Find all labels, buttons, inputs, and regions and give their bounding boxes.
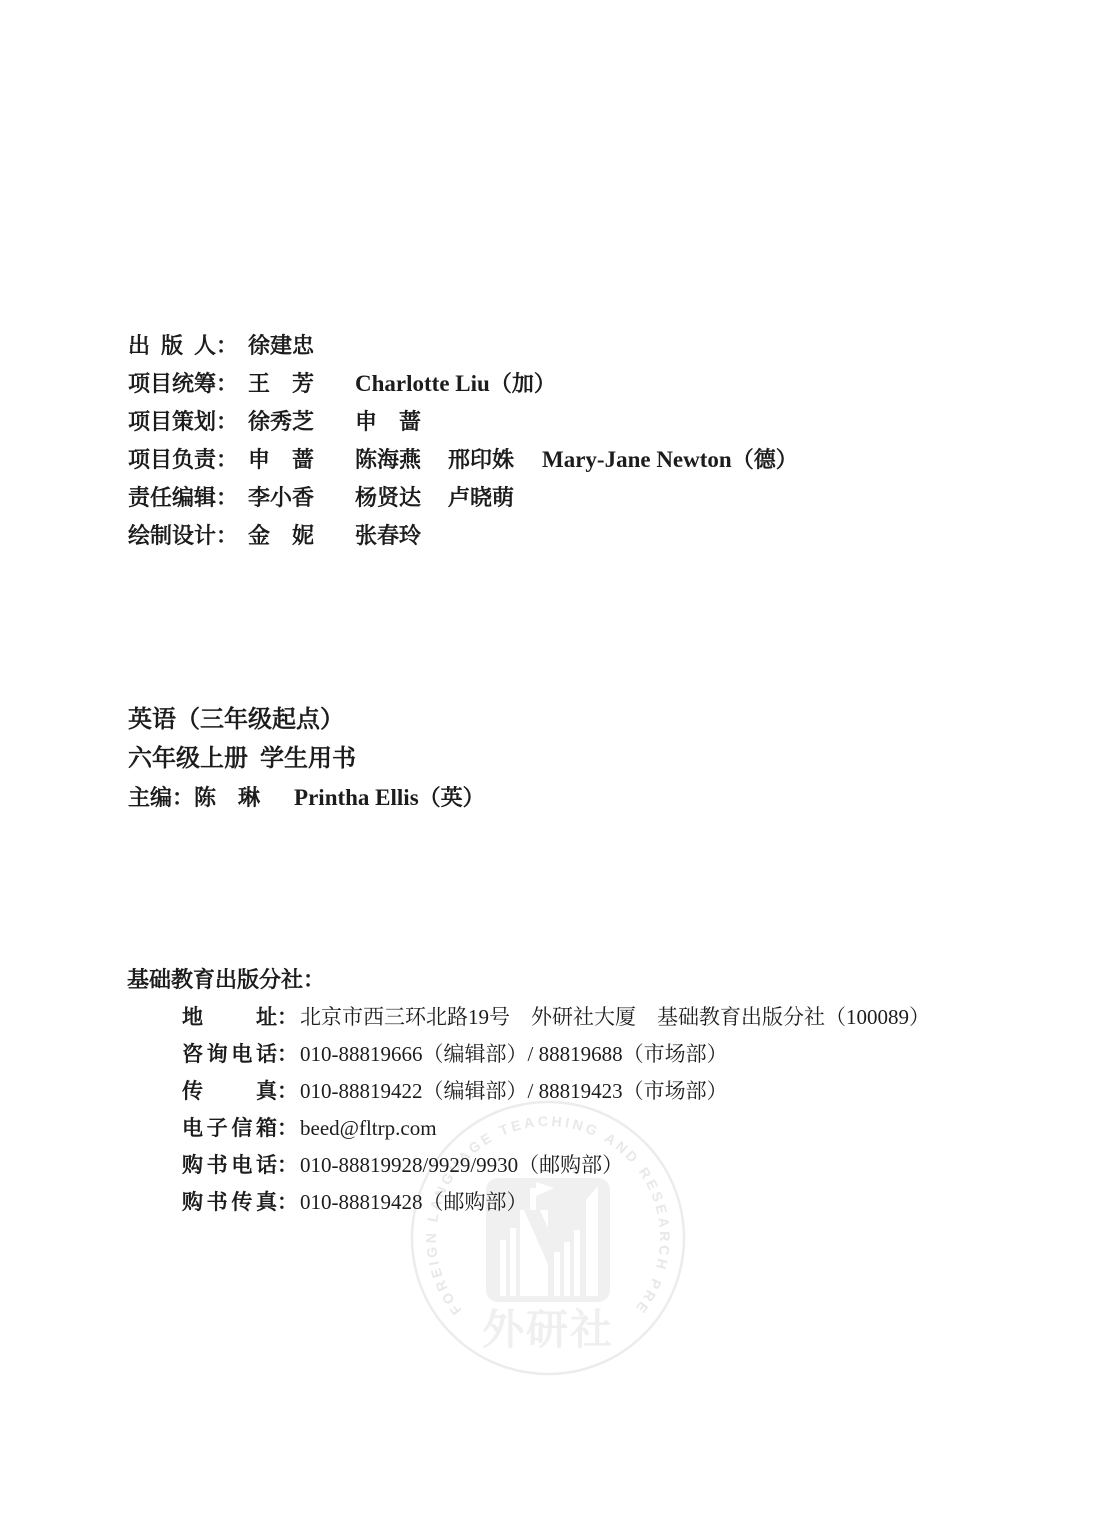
contact-row: 购书电话：010-88819928/9929/9930（邮购部） [182,1147,930,1184]
contact-row: 传真：010-88819422（编辑部）/ 88819423（市场部） [182,1073,930,1110]
person-name: 金 妮 [248,517,355,555]
staff-role-label: 项目统筹： [128,365,248,403]
person-name: 申 蔷 [355,403,421,441]
contact-label-colon: ： [277,999,298,1036]
staff-role-colon: ： [216,403,238,441]
person-name: 申 蔷 [248,441,355,479]
person-name-zh: 徐秀芝 [248,409,314,434]
person-name: 徐建忠 [248,327,314,365]
person-name-zh: （加） [490,371,556,396]
person-name: 李小香 [248,479,355,517]
staff-role-colon: ： [216,327,238,365]
staff-role-colon: ： [216,365,238,403]
staff-credits-section: 出版人：徐建忠项目统筹：王 芳Charlotte Liu（加）项目策划：徐秀芝申… [128,327,798,555]
editor-name-zh: （英） [419,778,485,818]
staff-row: 项目策划：徐秀芝申 蔷 [128,403,798,441]
contact-row: 咨询电话：010-88819666（编辑部）/ 88819688（市场部） [182,1036,930,1073]
staff-role-label: 责任编辑： [128,479,248,517]
chief-editor-row: 主编：陈 琳Printha Ellis（英） [128,778,485,818]
staff-role-text: 项目统筹 [128,365,216,403]
contact-row: 电子信箱：beed@fltrp.com [182,1110,930,1147]
contact-label: 地址： [182,999,300,1036]
person-name-zh: 杨贤达 [355,485,421,510]
person-name: 王 芳 [248,365,355,403]
editor-name-en: Printha Ellis [294,778,419,818]
staff-role-text: 责任编辑 [128,479,216,517]
person-name-en: Mary-Jane Newton [542,447,732,472]
contact-label-colon: ： [277,1184,298,1221]
contact-label-text: 购书传真 [182,1184,277,1221]
contact-label-text: 电子信箱 [182,1110,277,1147]
person-name: 杨贤达 [355,479,448,517]
chief-editor-label: 主编 [128,778,172,818]
person-name-zh: 申 蔷 [248,447,314,472]
person-name-zh: 陈海燕 [355,447,421,472]
staff-row: 出版人：徐建忠 [128,327,798,365]
contact-label: 咨询电话： [182,1036,300,1073]
person-name-zh: 邢印姝 [448,447,514,472]
contact-label-text: 购书电话 [182,1147,277,1184]
staff-role-label: 项目负责： [128,441,248,479]
person-name: Charlotte Liu（加） [355,365,556,403]
contact-label: 传真： [182,1073,300,1110]
contact-row: 地址：北京市西三环北路19号 外研社大厦 基础教育出版分社（100089） [182,999,930,1036]
staff-row: 项目统筹：王 芳Charlotte Liu（加） [128,365,798,403]
person-name-zh: 李小香 [248,485,314,510]
staff-role-colon: ： [216,441,238,479]
book-volume-title: 六年级上册 学生用书 [128,739,485,778]
person-name: Mary-Jane Newton（德） [542,441,798,479]
contact-label: 购书传真： [182,1184,300,1221]
contact-label-text: 咨询电话 [182,1036,277,1073]
person-name-zh: （德） [732,447,798,472]
book-series-title: 英语（三年级起点） [128,700,485,739]
contact-label-colon: ： [277,1110,298,1147]
contact-value: 010-88819928/9929/9930（邮购部） [300,1147,623,1184]
staff-role-text: 出版人 [128,327,216,365]
contact-value: 北京市西三环北路19号 外研社大厦 基础教育出版分社（100089） [300,999,930,1036]
contact-label: 购书电话： [182,1147,300,1184]
contact-value: beed@fltrp.com [300,1110,437,1147]
person-name: 邢印姝 [448,441,542,479]
contact-label-text: 地址 [182,999,277,1036]
watermark-logo-text: 外研社 [482,1306,614,1353]
person-name: 张春玲 [355,517,421,555]
contact-label-text: 传真 [182,1073,277,1110]
person-name-zh: 王 芳 [248,371,314,396]
contact-label: 电子信箱： [182,1110,300,1147]
staff-role-colon: ： [216,517,238,555]
person-name-zh: 申 蔷 [355,409,421,434]
page: FOREIGN LANGUAGE TEACHING AND RESEARCH P… [0,0,1093,1536]
person-name-en: Charlotte Liu [355,371,490,396]
chief-editor-colon: ： [172,778,194,818]
staff-role-text: 项目负责 [128,441,216,479]
staff-role-colon: ： [216,479,238,517]
person-name: 徐秀芝 [248,403,355,441]
person-name-zh: 徐建忠 [248,333,314,358]
contact-value: 010-88819428（邮购部） [300,1184,528,1221]
contact-label-colon: ： [277,1073,298,1110]
person-name-zh: 金 妮 [248,523,314,548]
contact-label-colon: ： [277,1147,298,1184]
contact-rows: 地址：北京市西三环北路19号 外研社大厦 基础教育出版分社（100089）咨询电… [182,999,930,1221]
person-name-zh: 卢晓萌 [448,485,514,510]
contact-value: 010-88819422（编辑部）/ 88819423（市场部） [300,1073,728,1110]
contact-section: 基础教育出版分社： 地址：北京市西三环北路19号 外研社大厦 基础教育出版分社（… [127,961,930,1221]
editor-name-zh: 陈 琳 [194,778,260,818]
book-info-section: 英语（三年级起点） 六年级上册 学生用书 主编：陈 琳Printha Ellis… [128,700,485,818]
staff-role-label: 项目策划： [128,403,248,441]
chief-editor-names: 陈 琳Printha Ellis（英） [194,778,485,818]
staff-role-text: 绘制设计 [128,517,216,555]
staff-row: 责任编辑：李小香杨贤达卢晓萌 [128,479,798,517]
contact-value: 010-88819666（编辑部）/ 88819688（市场部） [300,1036,728,1073]
contact-label-colon: ： [277,1036,298,1073]
person-name-zh: 张春玲 [355,523,421,548]
staff-role-label: 绘制设计： [128,517,248,555]
contact-row: 购书传真：010-88819428（邮购部） [182,1184,930,1221]
staff-row: 绘制设计：金 妮张春玲 [128,517,798,555]
person-name: 陈海燕 [355,441,448,479]
staff-role-text: 项目策划 [128,403,216,441]
division-heading: 基础教育出版分社： [127,961,930,999]
staff-row: 项目负责：申 蔷陈海燕邢印姝Mary-Jane Newton（德） [128,441,798,479]
person-name: 卢晓萌 [448,479,514,517]
staff-role-label: 出版人： [128,327,248,365]
